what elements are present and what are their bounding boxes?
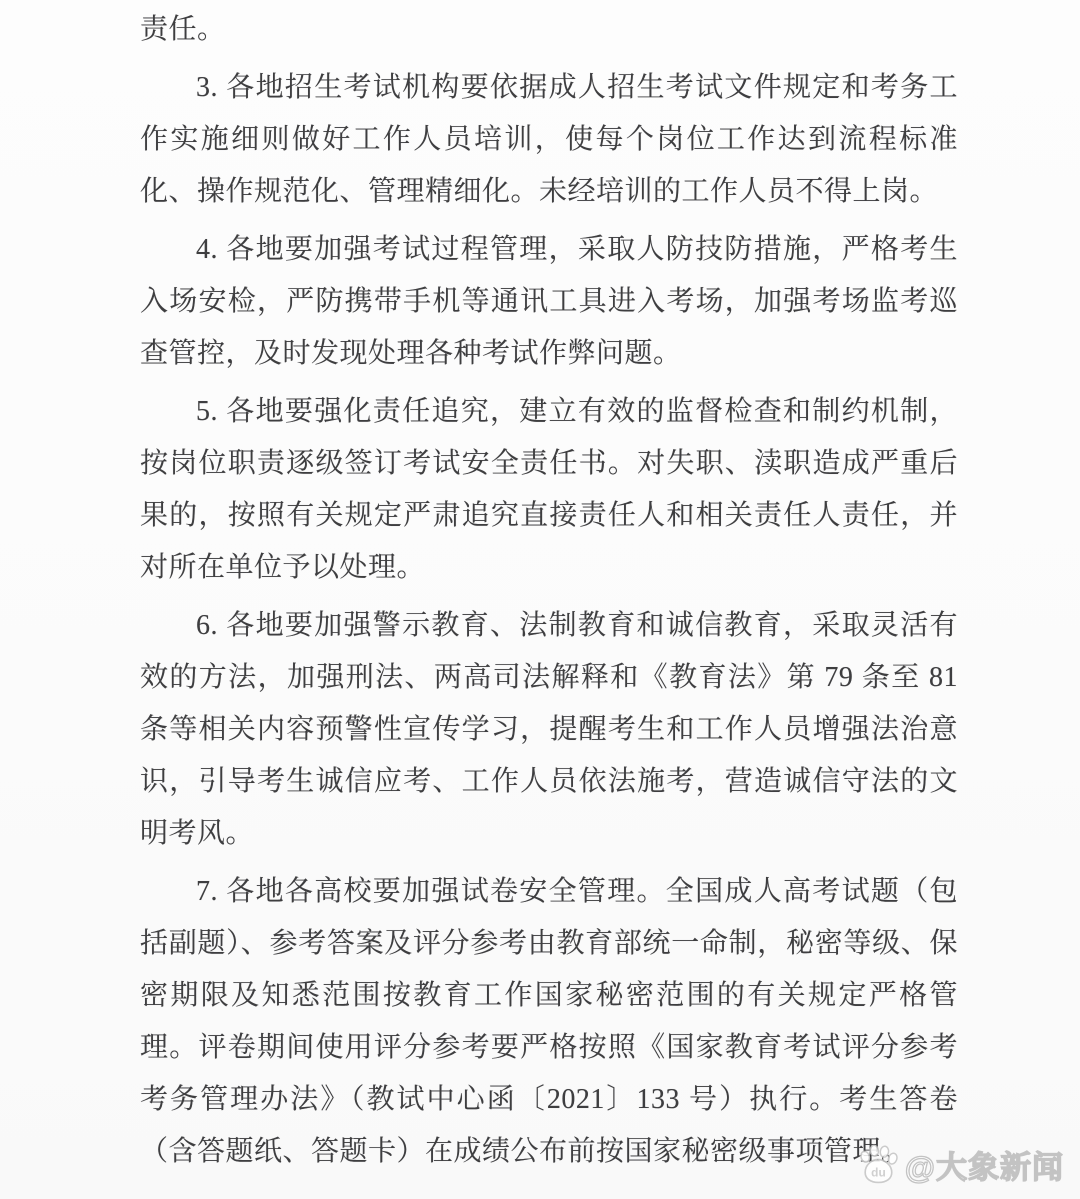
document-body: 责任。 3. 各地招生考试机构要依据成人招生考试文件规定和考务工作实施细则做好工… bbox=[140, 4, 958, 1184]
paragraph-6: 6. 各地要加强警示教育、法制教育和诚信教育，采取灵活有效的方法，加强刑法、两高… bbox=[140, 600, 958, 860]
watermark: du @大象新闻 bbox=[856, 1142, 1064, 1187]
baidu-paw-icon: du bbox=[856, 1143, 900, 1187]
watermark-text: @大象新闻 bbox=[905, 1142, 1064, 1187]
paw-du-label: du bbox=[871, 1165, 886, 1179]
paragraph-4: 4. 各地要加强考试过程管理，采取人防技防措施，严格考生入场安检，严防携带手机等… bbox=[140, 224, 958, 380]
paragraph-7: 7. 各地各高校要加强试卷安全管理。全国成人高考试题（包括副题）、参考答案及评分… bbox=[140, 866, 958, 1178]
paragraph-3: 3. 各地招生考试机构要依据成人招生考试文件规定和考务工作实施细则做好工作人员培… bbox=[140, 62, 958, 218]
paragraph-continuation: 责任。 bbox=[140, 4, 958, 56]
paragraph-5: 5. 各地要强化责任追究，建立有效的监督检查和制约机制，按岗位职责逐级签订考试安… bbox=[140, 386, 958, 594]
document-page: 责任。 3. 各地招生考试机构要依据成人招生考试文件规定和考务工作实施细则做好工… bbox=[0, 0, 1080, 1199]
